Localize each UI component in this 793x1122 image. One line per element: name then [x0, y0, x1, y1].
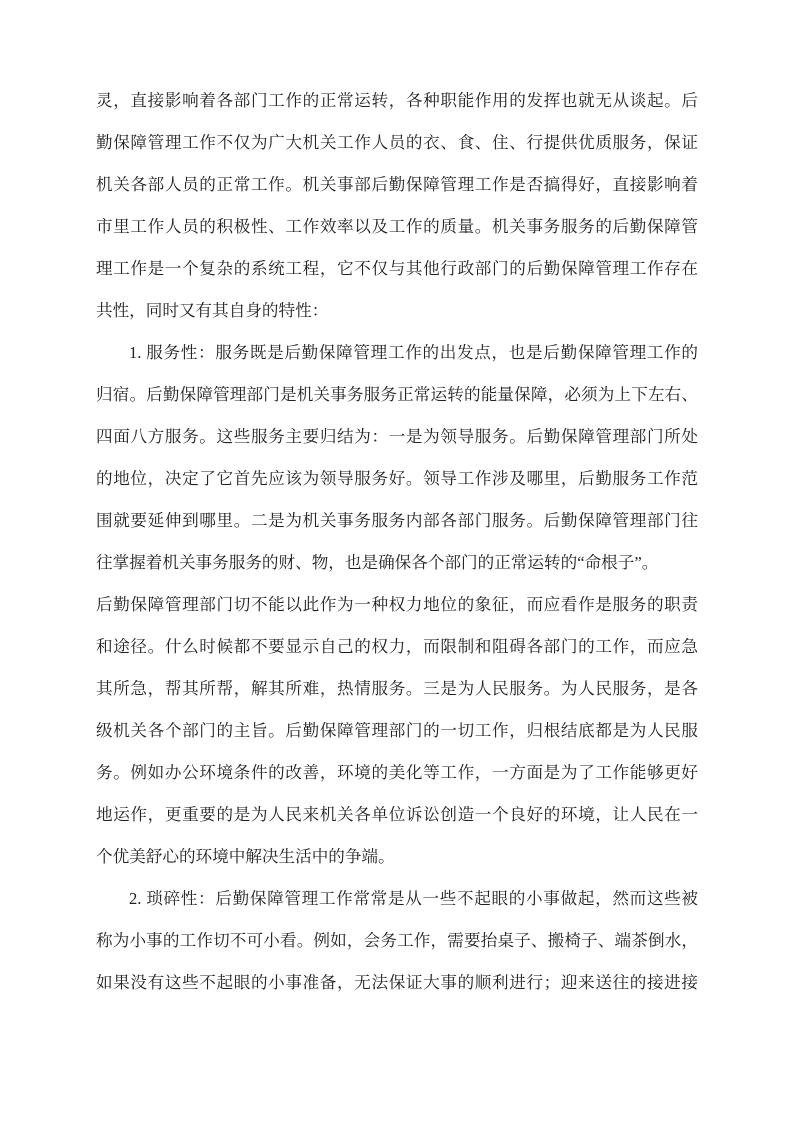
text-line: 称为小事的工作切不可小看。例如，会务工作，需要抬桌子、搬椅子、端茶倒水，: [96, 920, 698, 962]
text-line: 和途径。什么时候都不要显示自己的权力，而限制和阻碍各部门的工作，而应急: [96, 626, 698, 668]
text-line: 理工作是一个复杂的系统工程，它不仅与其他行政部门的后勤保障管理工作存在: [96, 248, 698, 290]
document-page: 灵，直接影响着各部门工作的正常运转，各种职能作用的发挥也就无从谈起。后勤保障管理…: [0, 0, 793, 1122]
text-line: 归宿。后勤保障管理部门是机关事务服务正常运转的能量保障，必须为上下左右、: [96, 374, 698, 416]
text-line: 其所急，帮其所帮，解其所难，热情服务。三是为人民服务。为人民服务，是各: [96, 668, 698, 710]
text-line: 市里工作人员的积极性、工作效率以及工作的质量。机关事务服务的后勤保障管: [96, 206, 698, 248]
text-line: 1. 服务性：服务既是后勤保障管理工作的出发点，也是后勤保障管理工作的: [96, 332, 698, 374]
text-line: 地运作，更重要的是为人民来机关各单位诉讼创造一个良好的环境，让人民在一: [96, 794, 698, 836]
paragraph: 1. 服务性：服务既是后勤保障管理工作的出发点，也是后勤保障管理工作的归宿。后勤…: [96, 332, 698, 878]
paragraph: 灵，直接影响着各部门工作的正常运转，各种职能作用的发挥也就无从谈起。后勤保障管理…: [96, 80, 698, 332]
text-line: 共性，同时又有其自身的特性：: [96, 290, 698, 332]
text-line: 机关各部人员的正常工作。机关事部后勤保障管理工作是否搞得好，直接影响着: [96, 164, 698, 206]
text-line: 级机关各个部门的主旨。后勤保障管理部门的一切工作，归根结底都是为人民服: [96, 710, 698, 752]
text-line: 2. 琐碎性：后勤保障管理工作常常是从一些不起眼的小事做起，然而这些被: [96, 878, 698, 920]
text-line: 务。例如办公环境条件的改善，环境的美化等工作，一方面是为了工作能够更好: [96, 752, 698, 794]
text-line: 灵，直接影响着各部门工作的正常运转，各种职能作用的发挥也就无从谈起。后: [96, 80, 698, 122]
text-line: 后勤保障管理部门切不能以此作为一种权力地位的象征，而应看作是服务的职责: [96, 584, 698, 626]
text-line: 围就要延伸到哪里。二是为机关事务服务内部各部门服务。后勤保障管理部门往: [96, 500, 698, 542]
text-line: 往掌握着机关事务服务的财、物，也是确保各个部门的正常运转的“命根子”。: [96, 542, 698, 584]
text-line: 个优美舒心的环境中解决生活中的争端。: [96, 836, 698, 878]
text-line: 勤保障管理工作不仅为广大机关工作人员的衣、食、住、行提供优质服务，保证: [96, 122, 698, 164]
paragraph: 2. 琐碎性：后勤保障管理工作常常是从一些不起眼的小事做起，然而这些被称为小事的…: [96, 878, 698, 1004]
text-line: 的地位，决定了它首先应该为领导服务好。领导工作涉及哪里，后勤服务工作范: [96, 458, 698, 500]
text-line: 如果没有这些不起眼的小事准备，无法保证大事的顺利进行；迎来送往的接进接: [96, 962, 698, 1004]
document-body: 灵，直接影响着各部门工作的正常运转，各种职能作用的发挥也就无从谈起。后勤保障管理…: [96, 80, 698, 1004]
text-line: 四面八方服务。这些服务主要归结为：一是为领导服务。后勤保障管理部门所处: [96, 416, 698, 458]
